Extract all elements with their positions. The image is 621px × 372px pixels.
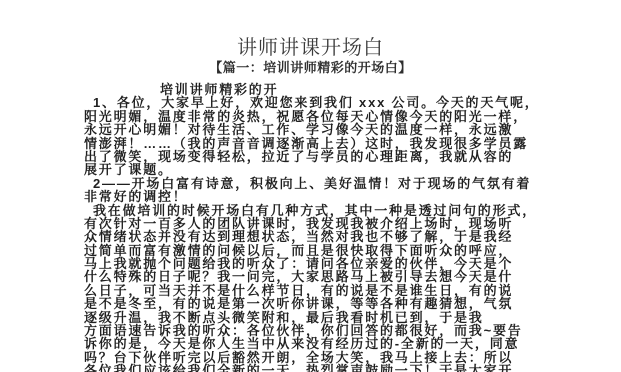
document-body: 培训讲师精彩的开 1、各位，大家早上好，欢迎您来到我们 xxx 公司。今天的天气… <box>84 83 554 372</box>
body-line: 情澎湃！……（我的声音音调逐渐高上去）这时，我发现很多学员露 <box>84 137 554 150</box>
body-line: 马上我就抛个问题给我的听众了：请问各位亲爱的伙伴，今天是个 <box>84 257 554 270</box>
body-line: 出了微笑，现场变得轻松，拉近了与学员的心理距离，我就从容的 <box>84 150 554 163</box>
body-line: 么日子，可当天并不是什么样节日，有的说是不是谁生日，有的说 <box>84 284 554 297</box>
document-title: 讲师讲课开场白 <box>0 31 621 60</box>
body-line: 什么特殊的日子呢？我一问完，大家思路马上被引导去想今天是什 <box>84 270 554 283</box>
body-line: 2——开场白富有诗意，积极向上、美好温情！对于现场的气氛有着 <box>84 177 554 190</box>
body-line: 1、各位，大家早上好，欢迎您来到我们 xxx 公司。今天的天气呢， <box>84 96 554 109</box>
body-line: 阳光明媚，温度非常的炎热，祝愿各位每天心情像今天的阳光一样， <box>84 110 554 123</box>
body-line: 培训讲师精彩的开 <box>84 83 554 96</box>
body-line: 非常好的调控！ <box>84 190 554 203</box>
body-line: 我在做培训的时候开场白有几种方式，其中一种是透过问句的形式， <box>84 204 554 217</box>
body-line: 方面语速告诉我的听众：各位伙伴，你们回答的都很好，而我~要告 <box>84 324 554 337</box>
body-line: 有次针对一百多人的团队讲课时，我发现我被介绍上场时，现场听 <box>84 217 554 230</box>
body-line: 展开了课题。 <box>84 163 554 176</box>
body-line: 过简单而富有激情的问候以后，而且是很快取得下面听众的呼应， <box>84 244 554 257</box>
body-line: 诉你的是，今天是你人生当中从来没有经历过的-全新的一天，同意 <box>84 337 554 350</box>
body-line: 逐级升温，我不断点头微笑附和，最后我看时机已到，于是我 <box>84 311 554 324</box>
body-line: 众情绪状态并没有达到理想状态，当然对我也不够了解，于是我经 <box>84 230 554 243</box>
document-subtitle: 【篇一：培训讲师精彩的开场白】 <box>0 57 621 76</box>
body-line: 是不是冬至，有的说是第一次听你讲课，等等各种有趣猜想，气氛 <box>84 297 554 310</box>
body-line: 各位我们应该给我们全新的一天，热烈掌声鼓励一下！于是大家开 <box>84 364 554 372</box>
body-line: 永远开心明媚！对待生活、工作、学习像今天的温度一样，永远激 <box>84 123 554 136</box>
document-page: 讲师讲课开场白 【篇一：培训讲师精彩的开场白】 培训讲师精彩的开 1、各位，大家… <box>0 0 621 372</box>
body-line: 吗？台下伙伴听完以后豁然开朗，全场大笑，我马上接上去：所以 <box>84 351 554 364</box>
